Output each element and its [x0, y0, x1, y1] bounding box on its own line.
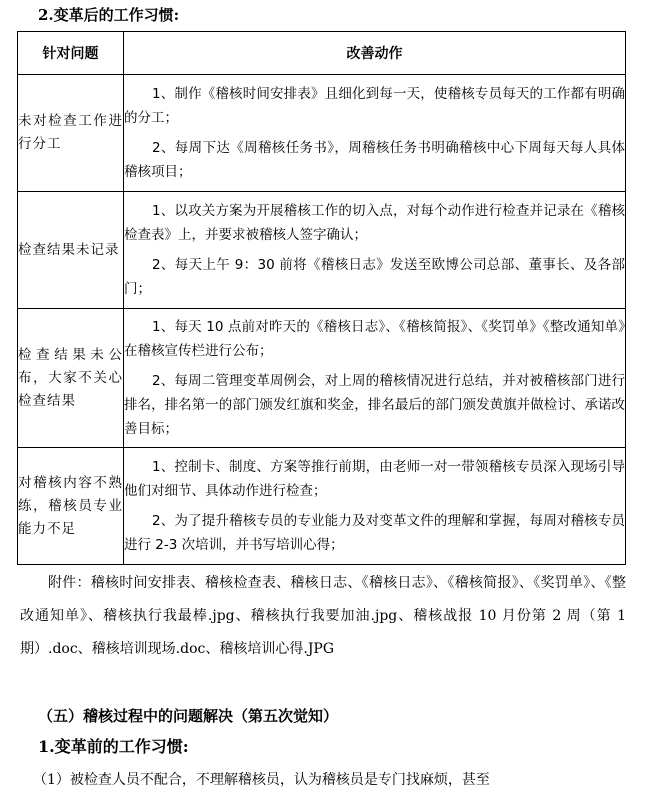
- actions-cell: 1、以攻关方案为开展稽核工作的切入点，对每个动作进行检查并记录在《稽核检查表》上…: [124, 192, 626, 309]
- table-row: 检查结果未公布，大家不关心检查结果 1、每天 10 点前对昨天的《稽核日志》、《…: [18, 309, 626, 448]
- problem-cell: 检查结果未记录: [18, 192, 124, 309]
- header-actions: 改善动作: [124, 32, 626, 75]
- improvement-table: 针对问题 改善动作 未对检查工作进行分工 1、制作《稽核时间安排表》且细化到每一…: [17, 31, 626, 565]
- problem-cell: 对稽核内容不熟练，稽核员专业能力不足: [18, 448, 124, 565]
- table-header-row: 针对问题 改善动作: [18, 32, 626, 75]
- action-item: 2、每周二管理变革周例会，对上周的稽核情况进行总结，并对被稽核部门进行排名，排名…: [124, 369, 625, 441]
- action-item: 1、以攻关方案为开展稽核工作的切入点，对每个动作进行检查并记录在《稽核检查表》上…: [124, 199, 625, 247]
- section-five-heading: （五）稽核过程中的问题解决（第五次觉知）: [38, 706, 338, 726]
- action-item: 2、每周下达《周稽核任务书》，周稽核任务书明确稽核中心下周每天每人具体稽核项目；: [124, 136, 625, 184]
- action-item: 1、每天 10 点前对昨天的《稽核日志》、《稽核简报》、《奖罚单》《整改通知单》…: [124, 315, 625, 363]
- body-paragraph: （1）被检查人员不配合，不理解稽核员，认为稽核员是专门找麻烦，甚至: [33, 768, 633, 792]
- problem-cell: 未对检查工作进行分工: [18, 75, 124, 192]
- actions-cell: 1、制作《稽核时间安排表》且细化到每一天，使稽核专员每天的工作都有明确的分工； …: [124, 75, 626, 192]
- table-row: 检查结果未记录 1、以攻关方案为开展稽核工作的切入点，对每个动作进行检查并记录在…: [18, 192, 626, 309]
- action-item: 2、为了提升稽核专员的专业能力及对变革文件的理解和掌握，每周对稽核专员进行 2-…: [124, 509, 625, 557]
- problem-cell: 检查结果未公布，大家不关心检查结果: [18, 309, 124, 448]
- actions-cell: 1、每天 10 点前对昨天的《稽核日志》、《稽核简报》、《奖罚单》《整改通知单》…: [124, 309, 626, 448]
- action-item: 1、控制卡、制度、方案等推行前期，由老师一对一带领稽核专员深入现场引导他们对细节…: [124, 455, 625, 503]
- section-heading-after-change: 2.变革后的工作习惯:: [38, 5, 179, 25]
- action-item: 2、每天上午 9：30 前将《稽核日志》发送至欧博公司总部、董事长、及各部门；: [124, 253, 625, 301]
- header-problem: 针对问题: [18, 32, 124, 75]
- table-row: 对稽核内容不熟练，稽核员专业能力不足 1、控制卡、制度、方案等推行前期，由老师一…: [18, 448, 626, 565]
- before-change-heading: 1.变革前的工作习惯:: [38, 737, 189, 757]
- table-row: 未对检查工作进行分工 1、制作《稽核时间安排表》且细化到每一天，使稽核专员每天的…: [18, 75, 626, 192]
- action-item: 1、制作《稽核时间安排表》且细化到每一天，使稽核专员每天的工作都有明确的分工；: [124, 82, 625, 130]
- attachment-list: 附件：稽核时间安排表、稽核检查表、稽核日志、《稽核日志》、《稽核简报》、《奖罚单…: [20, 567, 626, 666]
- actions-cell: 1、控制卡、制度、方案等推行前期，由老师一对一带领稽核专员深入现场引导他们对细节…: [124, 448, 626, 565]
